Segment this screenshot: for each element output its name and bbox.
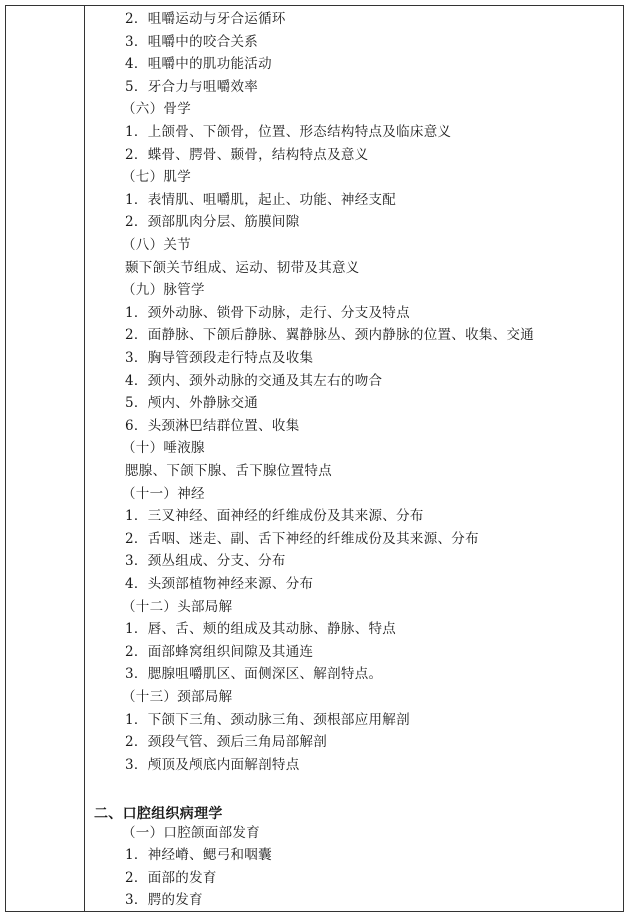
outline-table: 2．咀嚼运动与牙合运循环3．咀嚼中的咬合关系4．咀嚼中的肌功能活动5．牙合力与咀… bbox=[5, 5, 624, 912]
numbered-item: 2．咀嚼运动与牙合运循环 bbox=[125, 8, 286, 30]
numbered-item: 1．神经嵴、鳃弓和咽囊 bbox=[125, 844, 272, 866]
numbered-item: 2．舌咽、迷走、副、舌下神经的纤维成份及其来源、分布 bbox=[125, 528, 479, 550]
left-column-empty bbox=[6, 6, 85, 911]
section-subheading: （十一）神经 bbox=[122, 483, 205, 505]
numbered-item: 1．下颌下三角、颈动脉三角、颈根部应用解剖 bbox=[125, 709, 410, 731]
numbered-item: 4．咀嚼中的肌功能活动 bbox=[125, 53, 272, 75]
content-column: 2．咀嚼运动与牙合运循环3．咀嚼中的咬合关系4．咀嚼中的肌功能活动5．牙合力与咀… bbox=[85, 6, 623, 911]
numbered-item: 1．三叉神经、面神经的纤维成份及其来源、分布 bbox=[125, 505, 424, 527]
numbered-item: 2．面静脉、下颌后静脉、翼静脉丛、颈内静脉的位置、收集、交通 bbox=[125, 324, 534, 346]
section-subheading: （八）关节 bbox=[122, 234, 191, 256]
section-subheading: （十）唾液腺 bbox=[122, 437, 205, 459]
numbered-item: 2．颈段气管、颈后三角局部解剖 bbox=[125, 731, 327, 753]
numbered-item: 1．唇、舌、颊的组成及其动脉、静脉、特点 bbox=[125, 618, 396, 640]
numbered-item: 2．面部的发育 bbox=[125, 867, 217, 889]
numbered-item: 3．颅顶及颅底内面解剖特点 bbox=[125, 754, 300, 776]
numbered-item: 5．颅内、外静脉交通 bbox=[125, 392, 258, 414]
plain-item: 颞下颌关节组成、运动、韧带及其意义 bbox=[125, 257, 360, 279]
numbered-item: 1．表情肌、咀嚼肌，起止、功能、神经支配 bbox=[125, 189, 396, 211]
numbered-item: 1．上颌骨、下颌骨，位置、形态结构特点及临床意义 bbox=[125, 121, 451, 143]
section-subheading: （六）骨学 bbox=[122, 98, 191, 120]
numbered-item: 1．颈外动脉、锁骨下动脉，走行、分支及特点 bbox=[125, 302, 410, 324]
section-subheading: （十三）颈部局解 bbox=[122, 686, 232, 708]
numbered-item: 3．腭的发育 bbox=[125, 889, 203, 911]
numbered-item: 3．腮腺咀嚼肌区、面侧深区、解剖特点。 bbox=[125, 663, 382, 685]
numbered-item: 3．咀嚼中的咬合关系 bbox=[125, 31, 258, 53]
numbered-item: 4．头颈部植物神经来源、分布 bbox=[125, 573, 313, 595]
plain-item: 腮腺、下颌下腺、舌下腺位置特点 bbox=[125, 460, 332, 482]
section-subheading: （十二）头部局解 bbox=[122, 596, 232, 618]
numbered-item: 6．头颈淋巴结群位置、收集 bbox=[125, 415, 300, 437]
numbered-item: 3．胸导管颈段走行特点及收集 bbox=[125, 347, 313, 369]
section-subheading: （九）脉管学 bbox=[122, 279, 205, 301]
numbered-item: 4．颈内、颈外动脉的交通及其左右的吻合 bbox=[125, 370, 382, 392]
numbered-item: 3．颈丛组成、分支、分布 bbox=[125, 550, 286, 572]
numbered-item: 5．牙合力与咀嚼效率 bbox=[125, 76, 258, 98]
section-subheading: （七）肌学 bbox=[122, 166, 191, 188]
section-subheading: （一）口腔颌面部发育 bbox=[122, 822, 260, 844]
numbered-item: 2．面部蜂窝组织间隙及其通连 bbox=[125, 641, 313, 663]
numbered-item: 2．蝶骨、腭骨、颞骨，结构特点及意义 bbox=[125, 144, 369, 166]
numbered-item: 2．颈部肌肉分层、筋膜间隙 bbox=[125, 211, 300, 233]
